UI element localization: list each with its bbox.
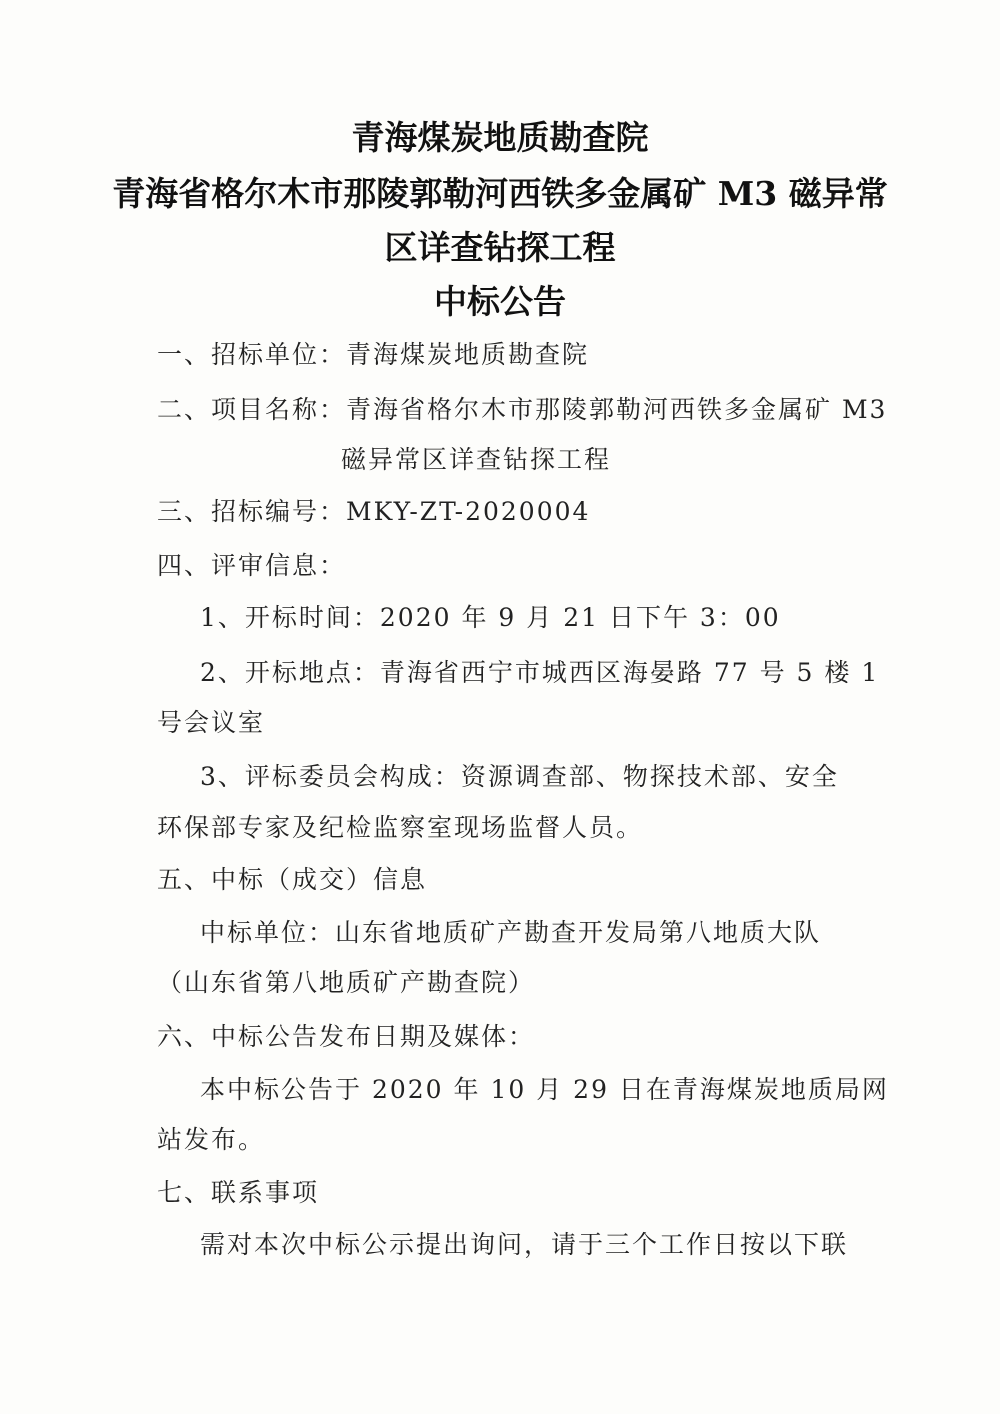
review-committee-cont: 环保部专家及纪检监察室现场监督人员。 bbox=[157, 808, 643, 844]
section-1-bidder: 一、招标单位：青海煤炭地质勘查院 bbox=[157, 335, 589, 371]
section-4-review-info: 四、评审信息： bbox=[157, 546, 346, 582]
publish-statement: 本中标公告于 2020 年 10 月 29 日在青海煤炭地质局网 bbox=[200, 1070, 889, 1106]
section-2-project-name-cont: 磁异常区详查钻探工程 bbox=[341, 440, 611, 476]
review-committee: 3、评标委员会构成：资源调查部、物探技术部、安全 bbox=[200, 757, 839, 793]
project-title-line-2: 区详查钻探工程 bbox=[0, 222, 1000, 269]
review-opening-location: 2、开标地点：青海省西宁市城西区海晏路 77 号 5 楼 1 bbox=[200, 653, 879, 689]
review-opening-time: 1、开标时间：2020 年 9 月 21 日下午 3：00 bbox=[200, 598, 781, 634]
contact-statement: 需对本次中标公示提出询问，请于三个工作日按以下联 bbox=[200, 1225, 848, 1261]
publish-statement-cont: 站发布。 bbox=[157, 1120, 265, 1156]
project-title-line-1: 青海省格尔木市那陵郭勒河西铁多金属矿 M3 磁异常 bbox=[0, 168, 1000, 215]
winning-unit: 中标单位：山东省地质矿产勘查开发局第八地质大队 bbox=[200, 913, 821, 949]
review-opening-location-cont: 号会议室 bbox=[157, 703, 265, 739]
organization-title: 青海煤炭地质勘查院 bbox=[0, 112, 1000, 159]
section-3-bid-number: 三、招标编号：MKY-ZT-2020004 bbox=[157, 492, 590, 528]
section-2-project-name: 二、项目名称：青海省格尔木市那陵郭勒河西铁多金属矿 M3 bbox=[157, 390, 887, 426]
winning-unit-alias: （山东省第八地质矿产勘查院） bbox=[157, 963, 535, 999]
section-7-contact: 七、联系事项 bbox=[157, 1173, 319, 1209]
announcement-title: 中标公告 bbox=[0, 276, 1000, 323]
section-6-publish-date-media: 六、中标公告发布日期及媒体： bbox=[157, 1017, 535, 1053]
section-5-winning-info: 五、中标（成交）信息 bbox=[157, 860, 427, 896]
